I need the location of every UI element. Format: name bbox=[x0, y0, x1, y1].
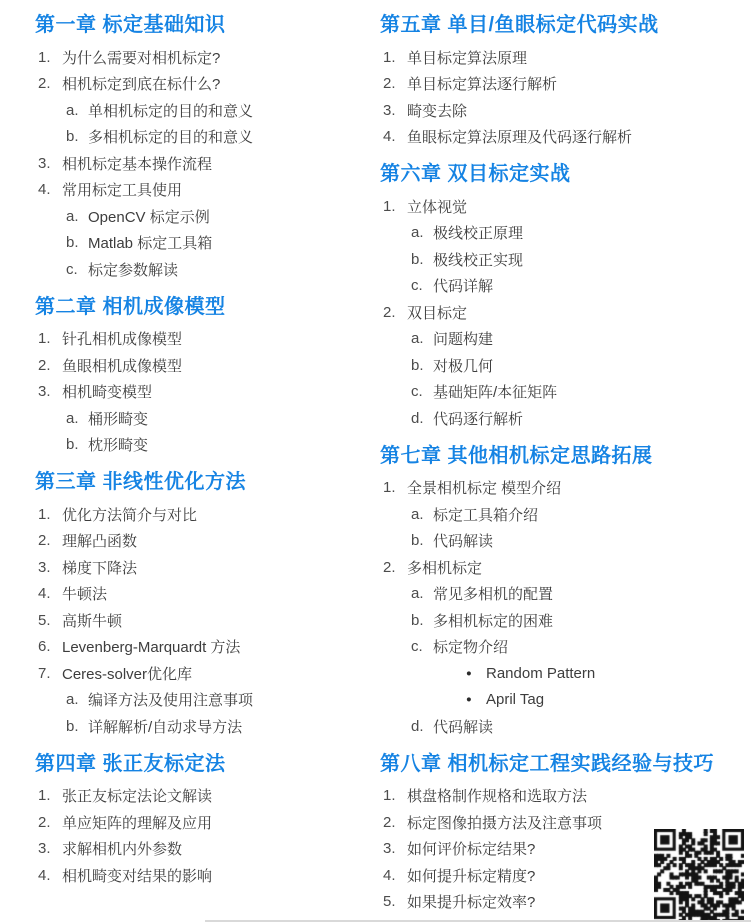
list-marker: 2. bbox=[383, 304, 407, 321]
list-marker: 2. bbox=[383, 814, 407, 831]
list-item-text: 鱼眼相机成像模型 bbox=[62, 355, 182, 376]
list-item-text: 如何提升标定精度? bbox=[407, 865, 535, 886]
list-marker: a. bbox=[66, 410, 88, 427]
list-item: 2.相机标定到底在标什么? bbox=[35, 71, 380, 98]
list-item-text: 单应矩阵的理解及应用 bbox=[62, 812, 212, 833]
list-item-text: 基础矩阵/本征矩阵 bbox=[433, 381, 557, 402]
list-marker: b. bbox=[66, 128, 88, 145]
list-marker: b. bbox=[411, 612, 433, 629]
list-marker: 3. bbox=[38, 383, 62, 400]
list-marker: a. bbox=[411, 506, 433, 523]
list-item: 4.相机畸变对结果的影响 bbox=[35, 862, 380, 889]
list-item-text: 代码解读 bbox=[433, 530, 493, 551]
list-item-text: 求解相机内外参数 bbox=[62, 838, 182, 859]
chapter-heading: 第一章 标定基础知识 bbox=[35, 12, 380, 38]
list-item-text: 详解解析/自动求导方法 bbox=[88, 716, 242, 737]
list-marker: 2. bbox=[38, 357, 62, 374]
list-item: 1.棋盘格制作规格和选取方法 bbox=[380, 783, 751, 810]
list-item-text: 单目标定算法逐行解析 bbox=[407, 73, 557, 94]
chapter-heading: 第四章 张正友标定法 bbox=[35, 751, 380, 777]
list-item-text: 相机标定基本操作流程 bbox=[62, 153, 212, 174]
list-item: 3.畸变去除 bbox=[380, 97, 751, 124]
list-marker: 3. bbox=[383, 840, 407, 857]
list-item: 3.相机标定基本操作流程 bbox=[35, 150, 380, 177]
list-item-text: 优化方法简介与对比 bbox=[62, 504, 197, 525]
list-item: 5.高斯牛顿 bbox=[35, 607, 380, 634]
list-marker: 4. bbox=[38, 585, 62, 602]
list-item-text: 如何评价标定结果? bbox=[407, 838, 535, 859]
list-item-text: 代码逐行解析 bbox=[433, 408, 523, 429]
list-item: a.OpenCV 标定示例 bbox=[35, 203, 380, 230]
chapter-heading: 第二章 相机成像模型 bbox=[35, 294, 380, 320]
list-item: 2.单目标定算法逐行解析 bbox=[380, 71, 751, 98]
list-item-text: 张正友标定法论文解读 bbox=[62, 785, 212, 806]
list-marker: 1. bbox=[38, 506, 62, 523]
list-marker: 1. bbox=[383, 787, 407, 804]
list-item-text: 对极几何 bbox=[433, 355, 493, 376]
list-marker: 4. bbox=[383, 128, 407, 145]
list-marker: d. bbox=[411, 410, 433, 427]
list-marker: 2. bbox=[38, 814, 62, 831]
list-marker: 2. bbox=[383, 559, 407, 576]
list-item-text: 梯度下降法 bbox=[62, 557, 137, 578]
list-item: ●Random Pattern bbox=[380, 660, 751, 687]
list-item-text: Ceres-solver优化库 bbox=[62, 663, 192, 684]
list-item: a.常见多相机的配置 bbox=[380, 581, 751, 608]
list-item: a.极线校正原理 bbox=[380, 220, 751, 247]
list-marker: c. bbox=[411, 638, 433, 655]
two-column-layout: 第一章 标定基础知识 1.为什么需要对相机标定? 2.相机标定到底在标什么? a… bbox=[0, 0, 751, 915]
list-item: 4.鱼眼标定算法原理及代码逐行解析 bbox=[380, 124, 751, 151]
list-item-text: 全景相机标定 模型介绍 bbox=[407, 477, 561, 498]
list-item: b.多相机标定的困难 bbox=[380, 607, 751, 634]
list-marker: a. bbox=[411, 585, 433, 602]
list-marker: b. bbox=[411, 532, 433, 549]
list-item: 1.全景相机标定 模型介绍 bbox=[380, 475, 751, 502]
list-marker: 1. bbox=[38, 49, 62, 66]
list-item-text: 相机标定到底在标什么? bbox=[62, 73, 220, 94]
list-item: a.标定工具箱介绍 bbox=[380, 501, 751, 528]
list-item: a.编译方法及使用注意事项 bbox=[35, 687, 380, 714]
list-marker: 6. bbox=[38, 638, 62, 655]
chapter-heading: 第三章 非线性优化方法 bbox=[35, 469, 380, 495]
list-item: 2.鱼眼相机成像模型 bbox=[35, 352, 380, 379]
list-item: a.问题构建 bbox=[380, 326, 751, 353]
list-item-text: 标定图像拍摄方法及注意事项 bbox=[407, 812, 602, 833]
list-marker: c. bbox=[411, 383, 433, 400]
list-marker: 1. bbox=[38, 330, 62, 347]
list-item-text: Levenberg-Marquardt 方法 bbox=[62, 636, 240, 657]
list-item: 3.求解相机内外参数 bbox=[35, 836, 380, 863]
list-marker: 2. bbox=[38, 75, 62, 92]
bullet-icon: ● bbox=[466, 668, 486, 679]
list-item-text: 标定工具箱介绍 bbox=[433, 504, 538, 525]
list-item-text: 多相机标定的目的和意义 bbox=[88, 126, 253, 147]
list-item-text: 立体视觉 bbox=[407, 196, 467, 217]
list-item-text: 棋盘格制作规格和选取方法 bbox=[407, 785, 587, 806]
column-right: 第五章 单目/鱼眼标定代码实战 1.单目标定算法原理 2.单目标定算法逐行解析 … bbox=[380, 10, 751, 915]
chapter-heading: 第六章 双目标定实战 bbox=[380, 161, 751, 187]
list-item-text: 桶形畸变 bbox=[88, 408, 148, 429]
list-marker: a. bbox=[411, 330, 433, 347]
list-item-text: 极线校正实现 bbox=[433, 249, 523, 270]
list-item: 2.理解凸函数 bbox=[35, 528, 380, 555]
list-marker: 1. bbox=[38, 787, 62, 804]
list-marker: b. bbox=[66, 718, 88, 735]
document-page: 第一章 标定基础知识 1.为什么需要对相机标定? 2.相机标定到底在标什么? a… bbox=[0, 0, 751, 922]
list-marker: 4. bbox=[383, 867, 407, 884]
list-marker: a. bbox=[66, 208, 88, 225]
list-item: c.基础矩阵/本征矩阵 bbox=[380, 379, 751, 406]
list-item-text: 标定参数解读 bbox=[88, 259, 178, 280]
list-item-text: 为什么需要对相机标定? bbox=[62, 47, 220, 68]
list-marker: c. bbox=[66, 261, 88, 278]
list-marker: 3. bbox=[38, 559, 62, 576]
list-item: b.对极几何 bbox=[380, 352, 751, 379]
list-item: b.极线校正实现 bbox=[380, 246, 751, 273]
list-item: 1.为什么需要对相机标定? bbox=[35, 44, 380, 71]
list-marker: d. bbox=[411, 718, 433, 735]
list-item: d.代码逐行解析 bbox=[380, 405, 751, 432]
list-item-text: 极线校正原理 bbox=[433, 222, 523, 243]
list-item: 7.Ceres-solver优化库 bbox=[35, 660, 380, 687]
list-item-text: 常用标定工具使用 bbox=[62, 179, 182, 200]
list-marker: b. bbox=[66, 234, 88, 251]
list-item: 3.相机畸变模型 bbox=[35, 379, 380, 406]
chapter-heading: 第八章 相机标定工程实践经验与技巧 bbox=[380, 751, 751, 777]
column-left: 第一章 标定基础知识 1.为什么需要对相机标定? 2.相机标定到底在标什么? a… bbox=[35, 10, 380, 915]
list-item-text: 问题构建 bbox=[433, 328, 493, 349]
list-item-text: 多相机标定的困难 bbox=[433, 610, 553, 631]
list-marker: 3. bbox=[38, 840, 62, 857]
list-item-text: 相机畸变对结果的影响 bbox=[62, 865, 212, 886]
list-item-text: 标定物介绍 bbox=[433, 636, 508, 657]
list-marker: a. bbox=[66, 691, 88, 708]
list-marker: 4. bbox=[38, 867, 62, 884]
list-item: d.代码解读 bbox=[380, 713, 751, 740]
list-marker: b. bbox=[411, 357, 433, 374]
chapter-heading: 第七章 其他相机标定思路拓展 bbox=[380, 443, 751, 469]
list-item-text: 针孔相机成像模型 bbox=[62, 328, 182, 349]
list-item: 3.梯度下降法 bbox=[35, 554, 380, 581]
list-marker: b. bbox=[66, 436, 88, 453]
list-item: 1.针孔相机成像模型 bbox=[35, 326, 380, 353]
list-item: ●April Tag bbox=[380, 687, 751, 714]
list-marker: 1. bbox=[383, 479, 407, 496]
list-marker: c. bbox=[411, 277, 433, 294]
list-item: 1.单目标定算法原理 bbox=[380, 44, 751, 71]
list-item-text: 牛顿法 bbox=[62, 583, 107, 604]
list-item-text: 单目标定算法原理 bbox=[407, 47, 527, 68]
list-item-text: Random Pattern bbox=[486, 665, 595, 682]
list-marker: 1. bbox=[383, 49, 407, 66]
list-item-text: OpenCV 标定示例 bbox=[88, 206, 210, 227]
list-marker: 3. bbox=[38, 155, 62, 172]
list-item: c.标定物介绍 bbox=[380, 634, 751, 661]
list-marker: 3. bbox=[383, 102, 407, 119]
list-item-text: 鱼眼标定算法原理及代码逐行解析 bbox=[407, 126, 632, 147]
list-item: a.桶形畸变 bbox=[35, 405, 380, 432]
list-item: b.Matlab 标定工具箱 bbox=[35, 230, 380, 257]
list-marker: 7. bbox=[38, 665, 62, 682]
list-marker: 2. bbox=[383, 75, 407, 92]
list-item: 2.单应矩阵的理解及应用 bbox=[35, 809, 380, 836]
list-item-text: 如果提升标定效率? bbox=[407, 891, 535, 912]
list-item-text: April Tag bbox=[486, 691, 544, 708]
list-marker: 1. bbox=[383, 198, 407, 215]
list-item: 1.优化方法简介与对比 bbox=[35, 501, 380, 528]
list-item-text: 代码详解 bbox=[433, 275, 493, 296]
list-item-text: Matlab 标定工具箱 bbox=[88, 232, 212, 253]
list-item-text: 单相机标定的目的和意义 bbox=[88, 100, 253, 121]
list-item: 1.立体视觉 bbox=[380, 193, 751, 220]
list-item-text: 畸变去除 bbox=[407, 100, 467, 121]
chapter-heading: 第五章 单目/鱼眼标定代码实战 bbox=[380, 12, 751, 38]
list-item-text: 理解凸函数 bbox=[62, 530, 137, 551]
list-item: b.多相机标定的目的和意义 bbox=[35, 124, 380, 151]
list-item-text: 编译方法及使用注意事项 bbox=[88, 689, 253, 710]
qr-code bbox=[654, 829, 744, 922]
list-marker: a. bbox=[66, 102, 88, 119]
list-item: c.代码详解 bbox=[380, 273, 751, 300]
list-item: b.枕形畸变 bbox=[35, 432, 380, 459]
list-marker: 4. bbox=[38, 181, 62, 198]
list-item-text: 多相机标定 bbox=[407, 557, 482, 578]
list-item: 6.Levenberg-Marquardt 方法 bbox=[35, 634, 380, 661]
list-item: 2.多相机标定 bbox=[380, 554, 751, 581]
list-marker: a. bbox=[411, 224, 433, 241]
list-item: 1.张正友标定法论文解读 bbox=[35, 783, 380, 810]
list-marker: 5. bbox=[383, 893, 407, 910]
list-item-text: 枕形畸变 bbox=[88, 434, 148, 455]
list-item: 2.双目标定 bbox=[380, 299, 751, 326]
list-item-text: 高斯牛顿 bbox=[62, 610, 122, 631]
list-item: a.单相机标定的目的和意义 bbox=[35, 97, 380, 124]
list-item: 4.牛顿法 bbox=[35, 581, 380, 608]
list-item: b.代码解读 bbox=[380, 528, 751, 555]
list-item-text: 代码解读 bbox=[433, 716, 493, 737]
bullet-icon: ● bbox=[466, 694, 486, 705]
list-item-text: 相机畸变模型 bbox=[62, 381, 152, 402]
list-marker: 5. bbox=[38, 612, 62, 629]
list-marker: b. bbox=[411, 251, 433, 268]
list-item: 4.常用标定工具使用 bbox=[35, 177, 380, 204]
list-item: c.标定参数解读 bbox=[35, 256, 380, 283]
list-marker: 2. bbox=[38, 532, 62, 549]
list-item: b.详解解析/自动求导方法 bbox=[35, 713, 380, 740]
list-item-text: 双目标定 bbox=[407, 302, 467, 323]
list-item-text: 常见多相机的配置 bbox=[433, 583, 553, 604]
